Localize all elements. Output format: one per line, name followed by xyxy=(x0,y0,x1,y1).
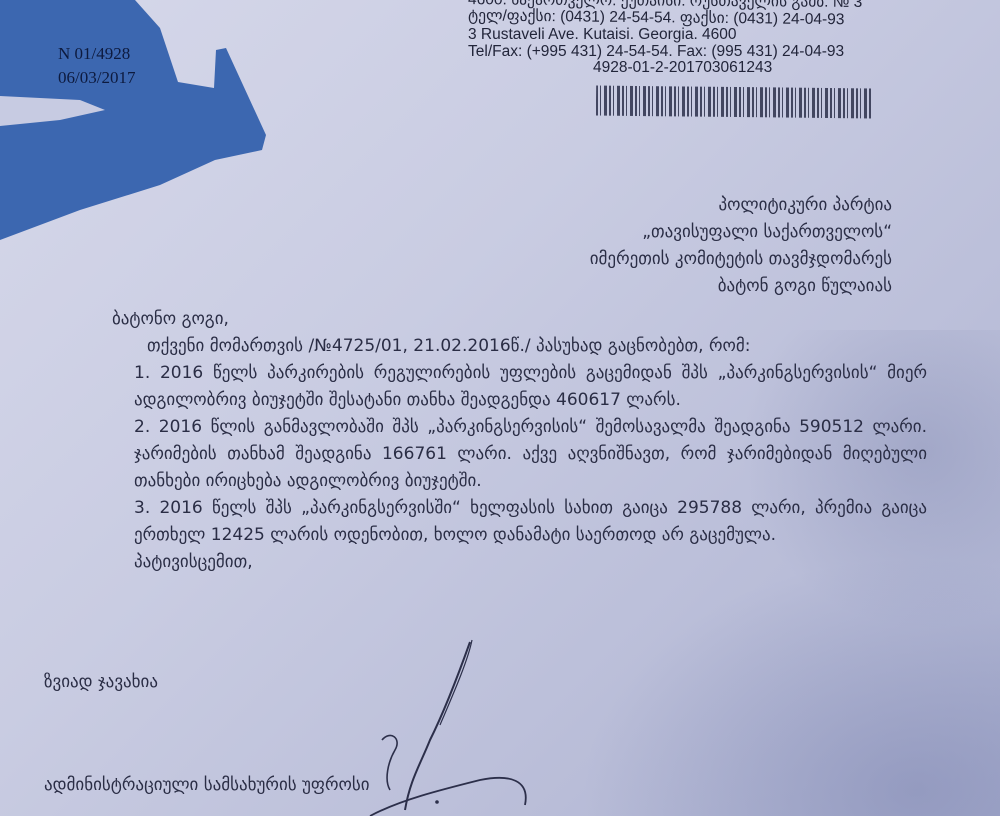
phones-english: Tel/Fax: (+995 431) 24-54-54. Fax: (995 … xyxy=(468,44,988,61)
closing: პატივისცემით, xyxy=(112,549,927,576)
recipient-line: „თავისუფალი საქართველოს“ xyxy=(590,219,892,246)
recipient-line: იმერეთის კომიტეტის თავმჯდომარეს xyxy=(590,246,892,273)
item-2: 2. 2016 წლის განმავლობაში შპს „პარკინგსე… xyxy=(54,414,927,495)
intro-paragraph: თქვენი მომართვის /№4725/01, 21.02.2016წ.… xyxy=(112,333,927,360)
paper-fold-shading-bottom xyxy=(580,556,1000,816)
barcode-code: 4928-01-2-201703061243 xyxy=(468,60,988,77)
letterhead: 4600. საქართველო. ქუთაისი. რუსთაველის გა… xyxy=(468,0,988,77)
recipient-line: პოლიტიკური პარტია xyxy=(590,192,892,219)
recipient-line: ბატონ გოგი წულაიას xyxy=(590,273,892,300)
handwritten-signature xyxy=(360,630,550,816)
item-1: 1. 2016 წელს პარკირების რეგულირების უფლე… xyxy=(54,360,927,414)
reference-number: N 01/4928 xyxy=(58,42,135,66)
signer-position: ადმინისტრაციული სამსახურის უფროსი xyxy=(44,775,370,795)
address-english: 3 Rustaveli Ave. Kutaisi. Georgia. 4600 xyxy=(468,27,988,44)
salutation: ბატონო გოგი, xyxy=(112,306,927,333)
recipient-block: პოლიტიკური პარტია „თავისუფალი საქართველო… xyxy=(590,192,892,300)
item-3: 3. 2016 წელს შპს „პარკინგსერვისში“ ხელფა… xyxy=(54,495,927,549)
reference-date: 06/03/2017 xyxy=(58,66,135,90)
reference-block: N 01/4928 06/03/2017 xyxy=(58,42,135,90)
camera-shadow xyxy=(0,0,270,245)
barcode xyxy=(596,86,872,119)
signer-name: ზვიად ჯავახია xyxy=(44,672,158,692)
letter-body: ბატონო გოგი, თქვენი მომართვის /№4725/01,… xyxy=(112,306,927,576)
